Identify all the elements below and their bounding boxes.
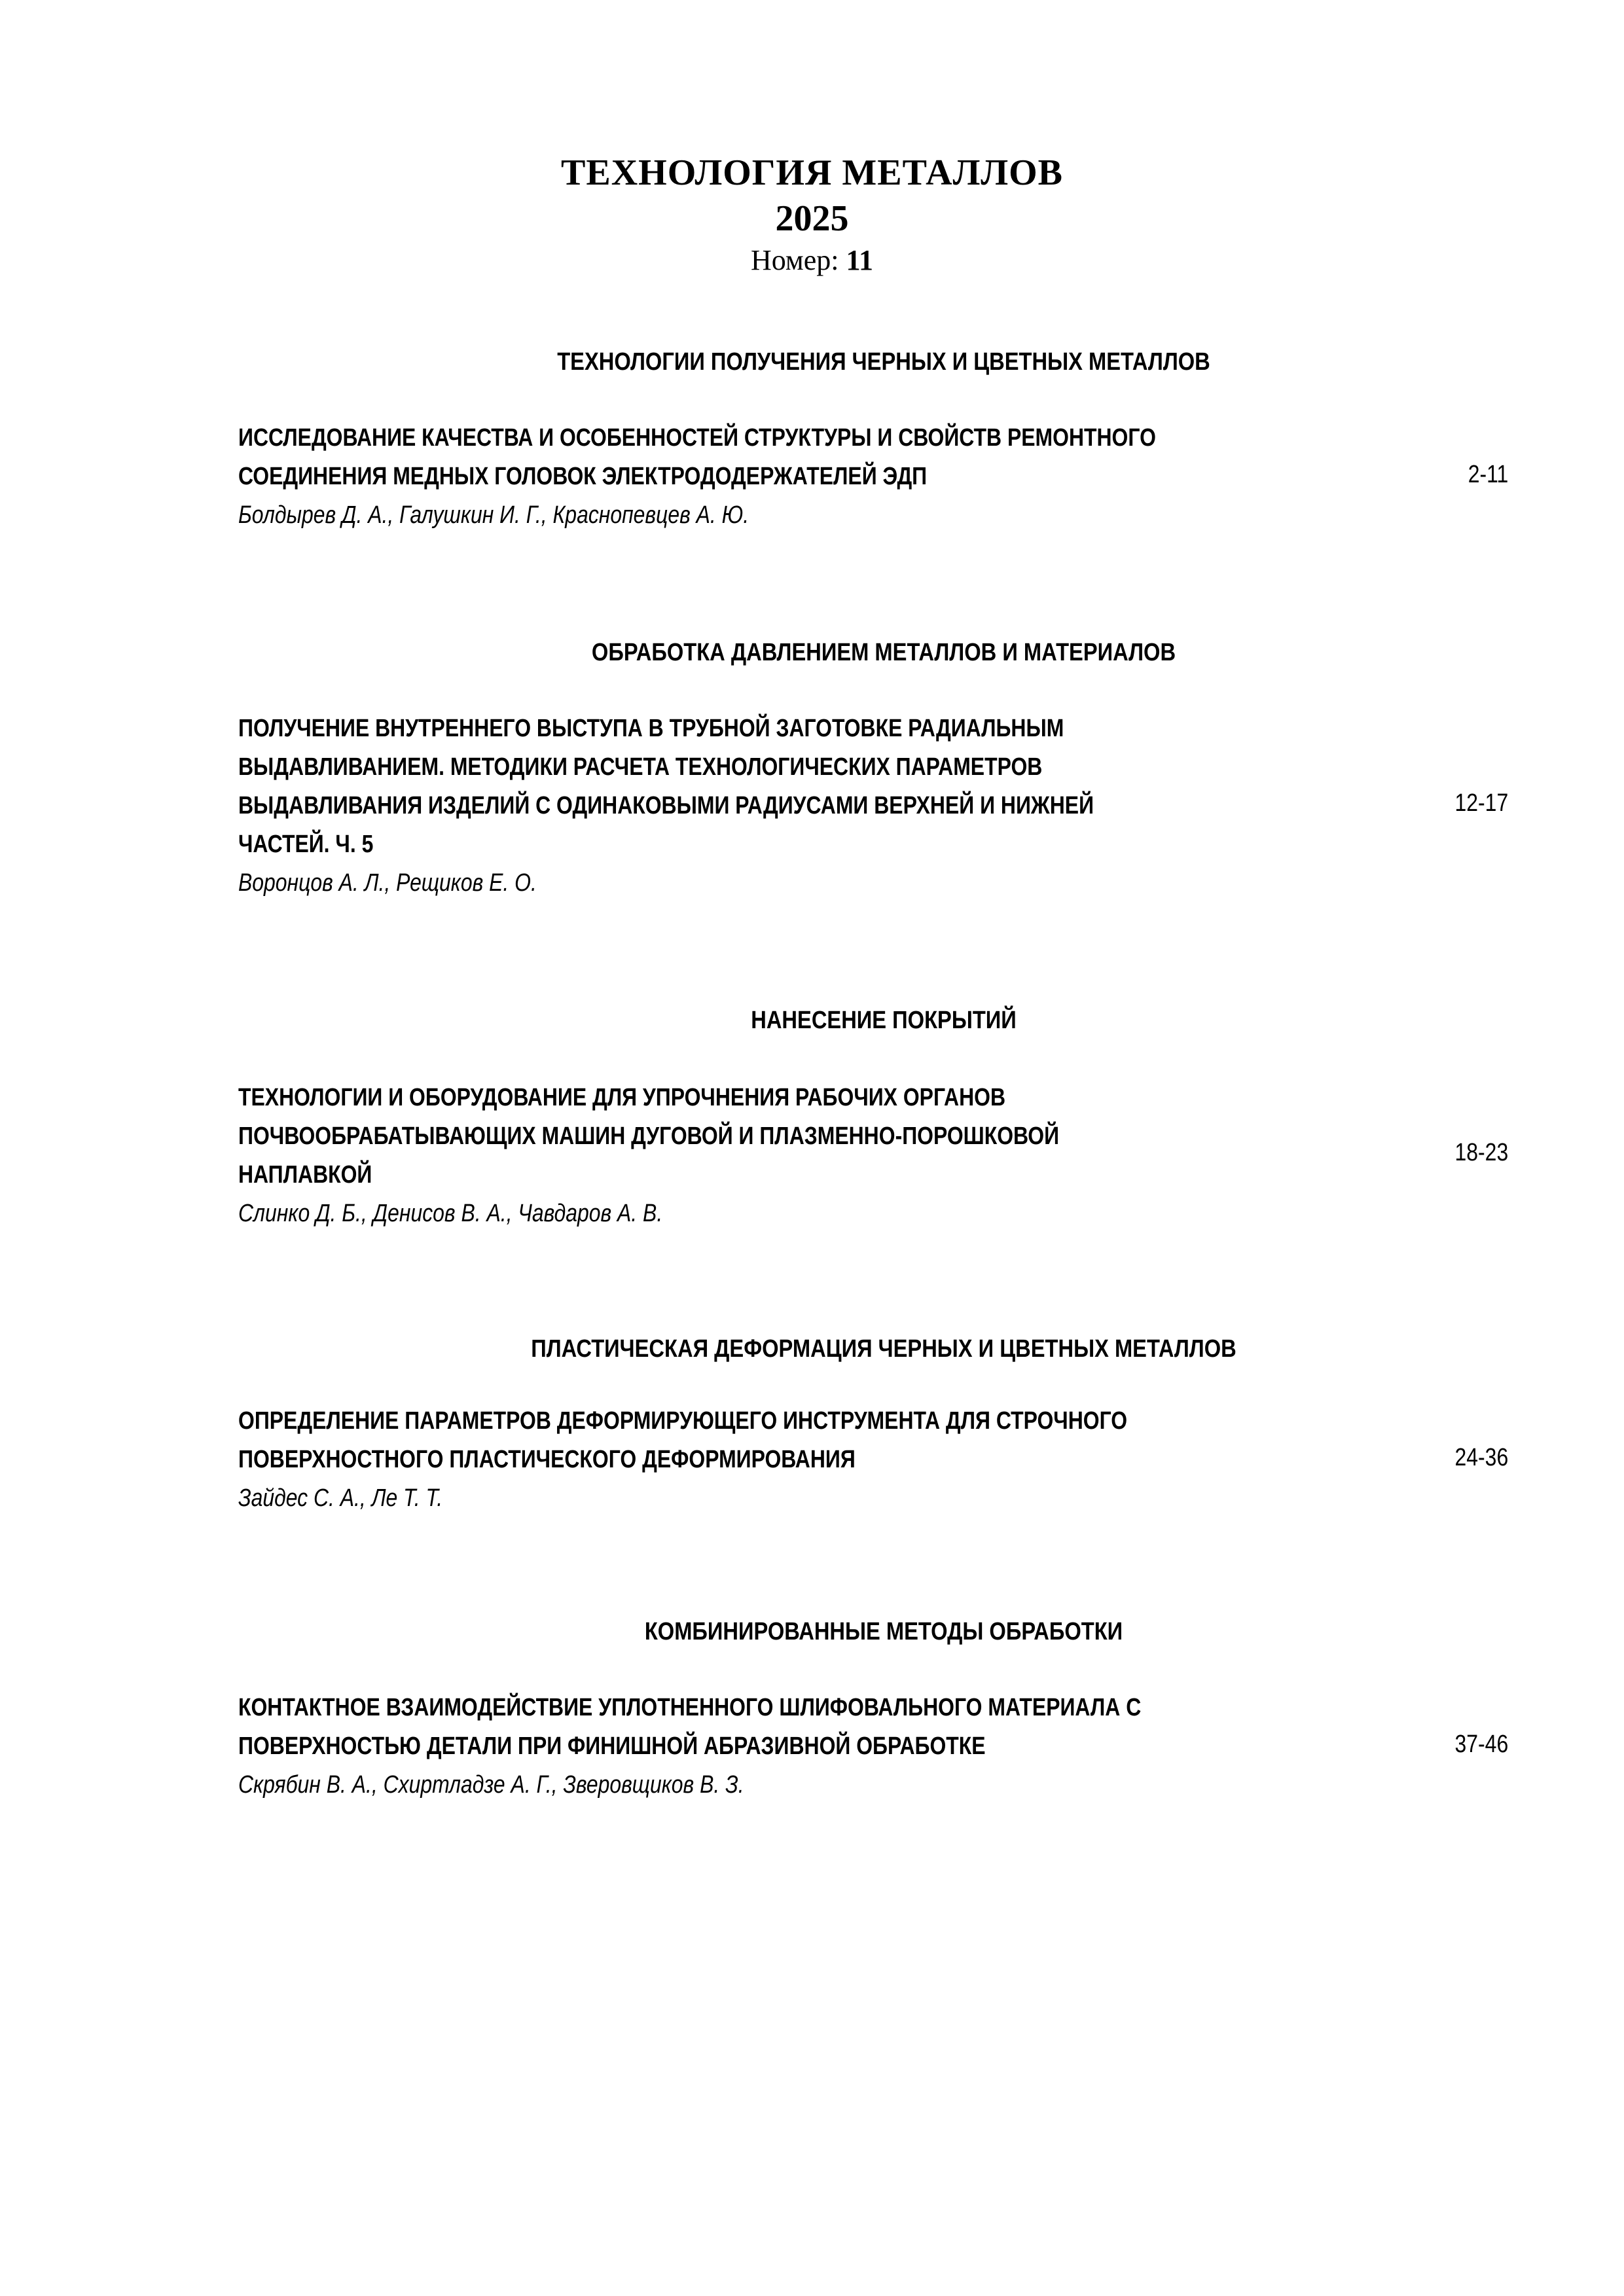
- issue-number: Номер: 11: [0, 243, 1624, 277]
- issue-value: 11: [846, 244, 873, 276]
- section-heading: ОБРАБОТКА ДАВЛЕНИЕМ МЕТАЛЛОВ И МАТЕРИАЛО…: [327, 639, 1441, 667]
- article-pages: 18-23: [1454, 1139, 1508, 1167]
- toc-entry[interactable]: ОПРЕДЕЛЕНИЕ ПАРАМЕТРОВ ДЕФОРМИРУЮЩЕГО ИН…: [238, 1402, 1508, 1518]
- toc-entry[interactable]: ПОЛУЧЕНИЕ ВНУТРЕННЕГО ВЫСТУПА В ТРУБНОЙ …: [238, 709, 1508, 903]
- article-pages: 2-11: [1468, 461, 1508, 489]
- section-heading: ТЕХНОЛОГИИ ПОЛУЧЕНИЯ ЧЕРНЫХ И ЦВЕТНЫХ МЕ…: [327, 348, 1441, 376]
- article-title[interactable]: ОПРЕДЕЛЕНИЕ ПАРАМЕТРОВ ДЕФОРМИРУЮЩЕГО ИН…: [238, 1402, 1305, 1479]
- journal-year: 2025: [0, 198, 1624, 240]
- article-authors: Зайдес С. А., Ле Т. Т.: [238, 1479, 1305, 1518]
- section-heading: ПЛАСТИЧЕСКАЯ ДЕФОРМАЦИЯ ЧЕРНЫХ И ЦВЕТНЫХ…: [327, 1335, 1441, 1363]
- article-pages: 37-46: [1454, 1731, 1508, 1759]
- section-heading: КОМБИНИРОВАННЫЕ МЕТОДЫ ОБРАБОТКИ: [327, 1618, 1441, 1646]
- issue-label: Номер:: [751, 244, 846, 276]
- article-authors: Воронцов А. Л., Рещиков Е. О.: [238, 864, 1305, 903]
- toc-entry[interactable]: ИССЛЕДОВАНИЕ КАЧЕСТВА И ОСОБЕННОСТЕЙ СТР…: [238, 419, 1508, 535]
- article-authors: Скрябин В. А., Схиртладзе А. Г., Зверовщ…: [238, 1766, 1305, 1804]
- article-pages: 12-17: [1454, 789, 1508, 817]
- journal-title: ТЕХНОЛОГИЯ МЕТАЛЛОВ: [0, 152, 1624, 194]
- toc-entry[interactable]: ТЕХНОЛОГИИ И ОБОРУДОВАНИЕ ДЛЯ УПРОЧНЕНИЯ…: [238, 1079, 1508, 1233]
- article-title[interactable]: ПОЛУЧЕНИЕ ВНУТРЕННЕГО ВЫСТУПА В ТРУБНОЙ …: [238, 709, 1305, 864]
- section-heading: НАНЕСЕНИЕ ПОКРЫТИЙ: [327, 1007, 1441, 1035]
- article-authors: Болдырев Д. А., Галушкин И. Г., Краснопе…: [238, 496, 1305, 535]
- toc-entry[interactable]: КОНТАКТНОЕ ВЗАИМОДЕЙСТВИЕ УПЛОТНЕННОГО Ш…: [238, 1689, 1508, 1804]
- article-title[interactable]: ИССЛЕДОВАНИЕ КАЧЕСТВА И ОСОБЕННОСТЕЙ СТР…: [238, 419, 1305, 496]
- article-pages: 24-36: [1454, 1444, 1508, 1472]
- article-authors: Слинко Д. Б., Денисов В. А., Чавдаров А.…: [238, 1194, 1305, 1233]
- article-title[interactable]: ТЕХНОЛОГИИ И ОБОРУДОВАНИЕ ДЛЯ УПРОЧНЕНИЯ…: [238, 1079, 1305, 1194]
- article-title[interactable]: КОНТАКТНОЕ ВЗАИМОДЕЙСТВИЕ УПЛОТНЕННОГО Ш…: [238, 1689, 1305, 1766]
